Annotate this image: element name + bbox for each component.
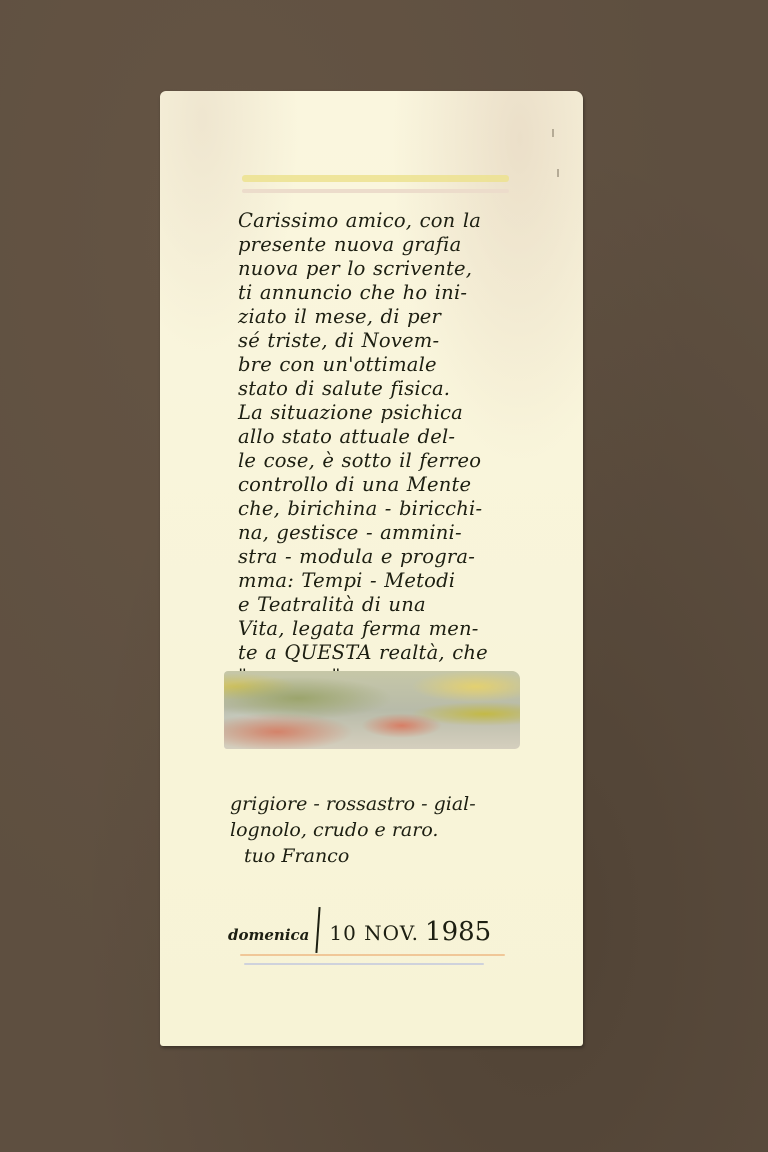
date-year: 1985 bbox=[425, 917, 491, 947]
letter-line: bre con un'ottimale bbox=[238, 353, 528, 377]
pencil-mark bbox=[552, 129, 554, 137]
letter-line: e Teatralità di una bbox=[238, 593, 528, 617]
bottom-blue-rule bbox=[244, 963, 484, 965]
handwritten-letter-card: Carissimo amico, con la presente nuova g… bbox=[160, 91, 583, 1046]
letter-line: Carissimo amico, con la bbox=[238, 209, 528, 233]
letter-line: che, birichina - biricchi- bbox=[238, 497, 528, 521]
letter-line: nuova per lo scrivente, bbox=[238, 257, 528, 281]
bottom-orange-rule bbox=[240, 954, 505, 956]
top-yellow-rule bbox=[242, 175, 509, 182]
letter-line: La situazione psichica bbox=[238, 401, 528, 425]
signature-name: tuo Franco bbox=[230, 843, 540, 869]
watercolor-swatch bbox=[224, 671, 520, 749]
letter-line: ziato il mese, di per bbox=[238, 305, 528, 329]
date-weekday: domenica bbox=[228, 926, 309, 944]
letter-line: stato di salute fisica. bbox=[238, 377, 528, 401]
signature-line: lognolo, crudo e raro. bbox=[230, 817, 540, 843]
letter-line: te a QUESTA realtà, che bbox=[238, 641, 528, 665]
letter-line: sé triste, di Novem- bbox=[238, 329, 528, 353]
signature-stroke bbox=[316, 907, 321, 953]
letter-line: stra - modula e progra- bbox=[238, 545, 528, 569]
letter-line: na, gestisce - ammini- bbox=[238, 521, 528, 545]
pencil-mark bbox=[557, 169, 559, 177]
signature-block: grigiore - rossastro - gial- lognolo, cr… bbox=[230, 791, 540, 869]
letter-line: Vita, legata ferma men- bbox=[238, 617, 528, 641]
letter-line: controllo di una Mente bbox=[238, 473, 528, 497]
letter-body: Carissimo amico, con la presente nuova g… bbox=[238, 209, 528, 737]
date-day-month: 10 NOV. bbox=[329, 921, 419, 945]
letter-line: allo stato attuale del- bbox=[238, 425, 528, 449]
date-line: domenica10 NOV.1985 bbox=[228, 901, 528, 947]
signature-line: grigiore - rossastro - gial- bbox=[230, 791, 540, 817]
letter-line: mma: Tempi - Metodi bbox=[238, 569, 528, 593]
letter-line: ti annuncio che ho ini- bbox=[238, 281, 528, 305]
top-pink-rule bbox=[242, 189, 509, 193]
letter-line: le cose, è sotto il ferreo bbox=[238, 449, 528, 473]
letter-line: presente nuova grafia bbox=[238, 233, 528, 257]
